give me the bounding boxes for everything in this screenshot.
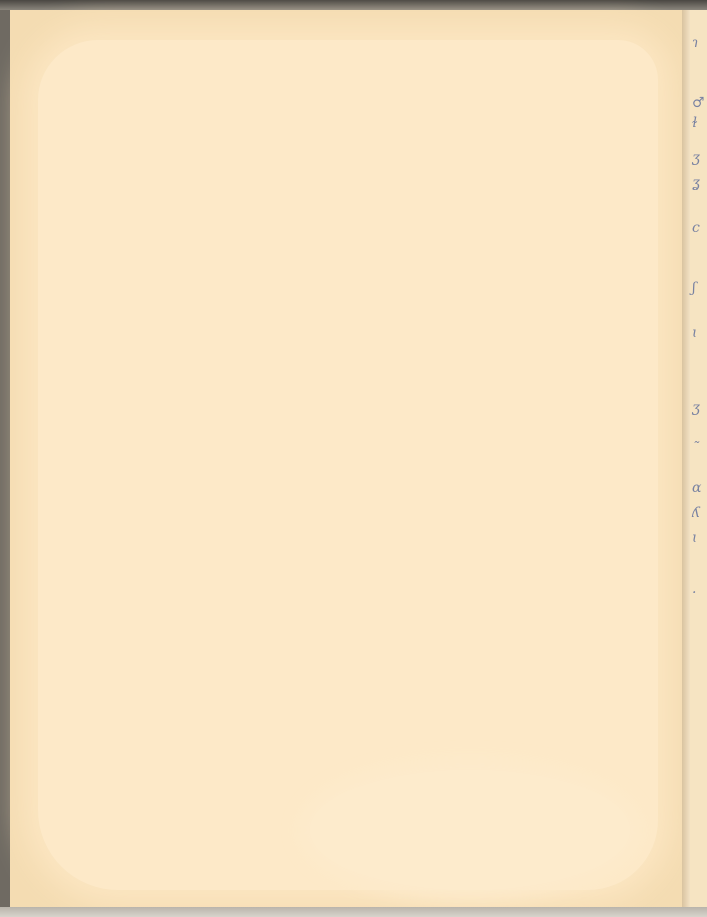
paper-light-patch bbox=[310, 770, 630, 890]
handwriting-mark: ʃ bbox=[692, 280, 696, 296]
handwriting-mark: c bbox=[692, 220, 700, 236]
handwriting-mark: ɩ bbox=[692, 325, 698, 341]
handwriting-mark: ʎ bbox=[692, 505, 700, 521]
book-gutter bbox=[682, 10, 690, 908]
handwriting-mark: ɿ bbox=[692, 35, 698, 51]
handwriting-mark: · bbox=[692, 585, 696, 601]
handwriting-mark: ʒ bbox=[692, 150, 700, 166]
facing-page-edge: ɿ♂ɫʒʓcʃɩʒ˜ɑʎɩ· bbox=[690, 10, 707, 908]
handwriting-mark: ʒ bbox=[692, 400, 700, 416]
handwriting-mark: ˜ bbox=[692, 440, 699, 456]
handwriting-mark: ʓ bbox=[692, 175, 700, 191]
handwriting-mark: ɫ bbox=[692, 115, 697, 131]
page-faded-area bbox=[38, 40, 658, 890]
blank-page bbox=[10, 10, 682, 908]
scan-top-edge bbox=[0, 0, 707, 10]
handwriting-mark: ɩ bbox=[692, 530, 698, 546]
handwriting-mark: ɑ bbox=[692, 480, 701, 496]
scan-bottom-edge bbox=[0, 907, 707, 917]
handwriting-mark: ♂ bbox=[692, 95, 705, 111]
